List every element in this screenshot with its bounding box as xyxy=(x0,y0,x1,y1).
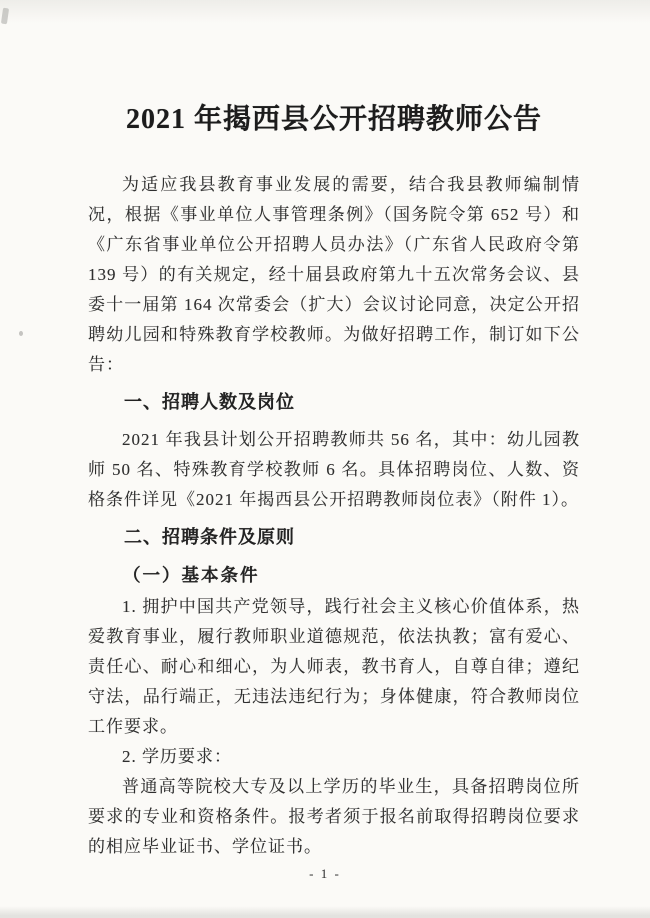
paragraph-recruit-numbers: 2021 年我县计划公开招聘教师共 56 名，其中：幼儿园教师 50 名、特殊教… xyxy=(88,425,580,515)
scan-speck-artifact xyxy=(19,331,23,336)
paragraph-intro: 为适应我县教育事业发展的需要，结合我县教师编制情况，根据《事业单位人事管理条例》… xyxy=(88,170,580,380)
section-heading-1: 一、招聘人数及岗位 xyxy=(88,387,580,417)
paragraph-education-requirement: 普通高等院校大专及以上学历的毕业生，具备招聘岗位所要求的专业和资格条件。报考者须… xyxy=(88,772,580,862)
document-title: 2021 年揭西县公开招聘教师公告 xyxy=(88,100,580,140)
paragraph-condition-1: 1. 拥护中国共产党领导，践行社会主义核心价值体系，热爱教育事业，履行教师职业道… xyxy=(88,592,580,742)
scan-bottom-edge-shading xyxy=(0,906,650,918)
section-heading-2: 二、招聘条件及原则 xyxy=(88,522,580,552)
page-number: - 1 - xyxy=(0,866,650,882)
scan-corner-artifact xyxy=(1,8,9,25)
scanned-document-page: 2021 年揭西县公开招聘教师公告 为适应我县教育事业发展的需要，结合我县教师编… xyxy=(0,0,650,918)
document-content: 2021 年揭西县公开招聘教师公告 为适应我县教育事业发展的需要，结合我县教师编… xyxy=(88,0,580,862)
paragraph-condition-2-label: 2. 学历要求： xyxy=(88,742,580,772)
sub-heading-basic-conditions: （一）基本条件 xyxy=(88,560,580,590)
